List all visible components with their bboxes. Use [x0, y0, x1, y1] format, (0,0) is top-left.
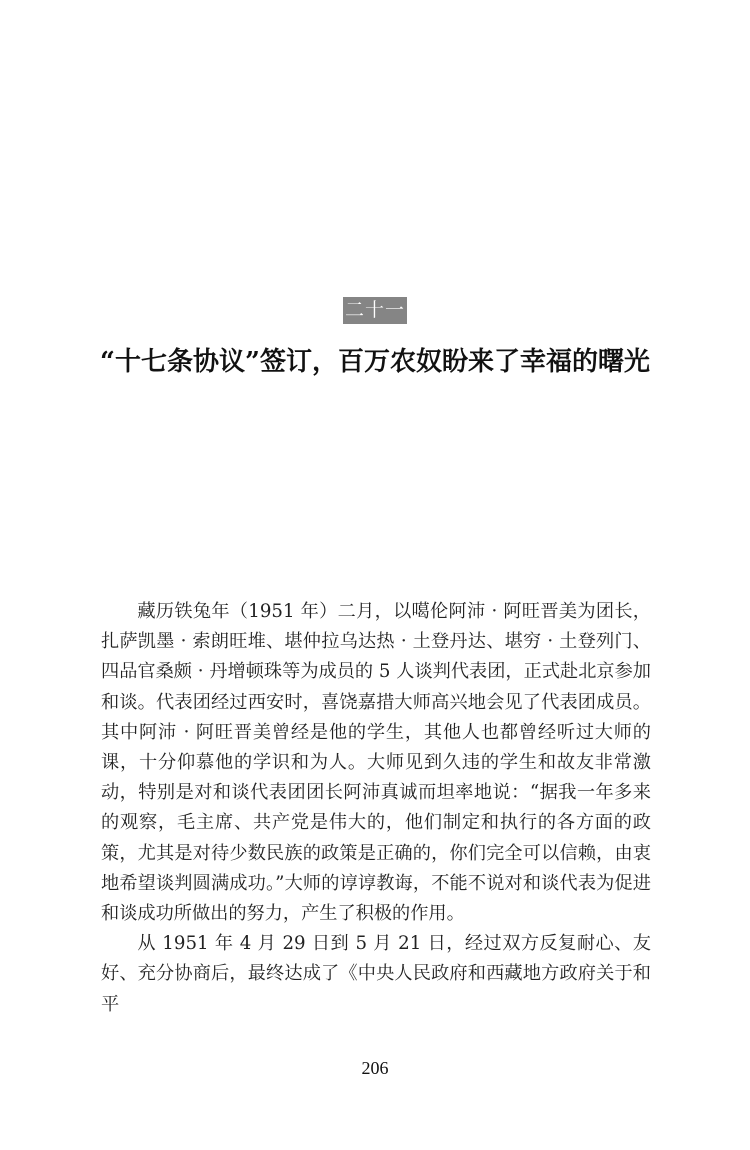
chapter-title: “十七条协议”签订，百万农奴盼来了幸福的曙光 [0, 342, 750, 382]
chapter-number-badge: 二十一 [343, 297, 407, 324]
paragraph: 藏历铁兔年（1951 年）二月，以噶伦阿沛 · 阿旺晋美为团长，扎萨凯墨 · 索… [101, 597, 651, 929]
page-number: 206 [0, 1058, 750, 1079]
paragraph: 从 1951 年 4 月 29 日到 5 月 21 日，经过双方反复耐心、友好、… [101, 929, 651, 1020]
body-text: 藏历铁兔年（1951 年）二月，以噶伦阿沛 · 阿旺晋美为团长，扎萨凯墨 · 索… [101, 597, 651, 1020]
